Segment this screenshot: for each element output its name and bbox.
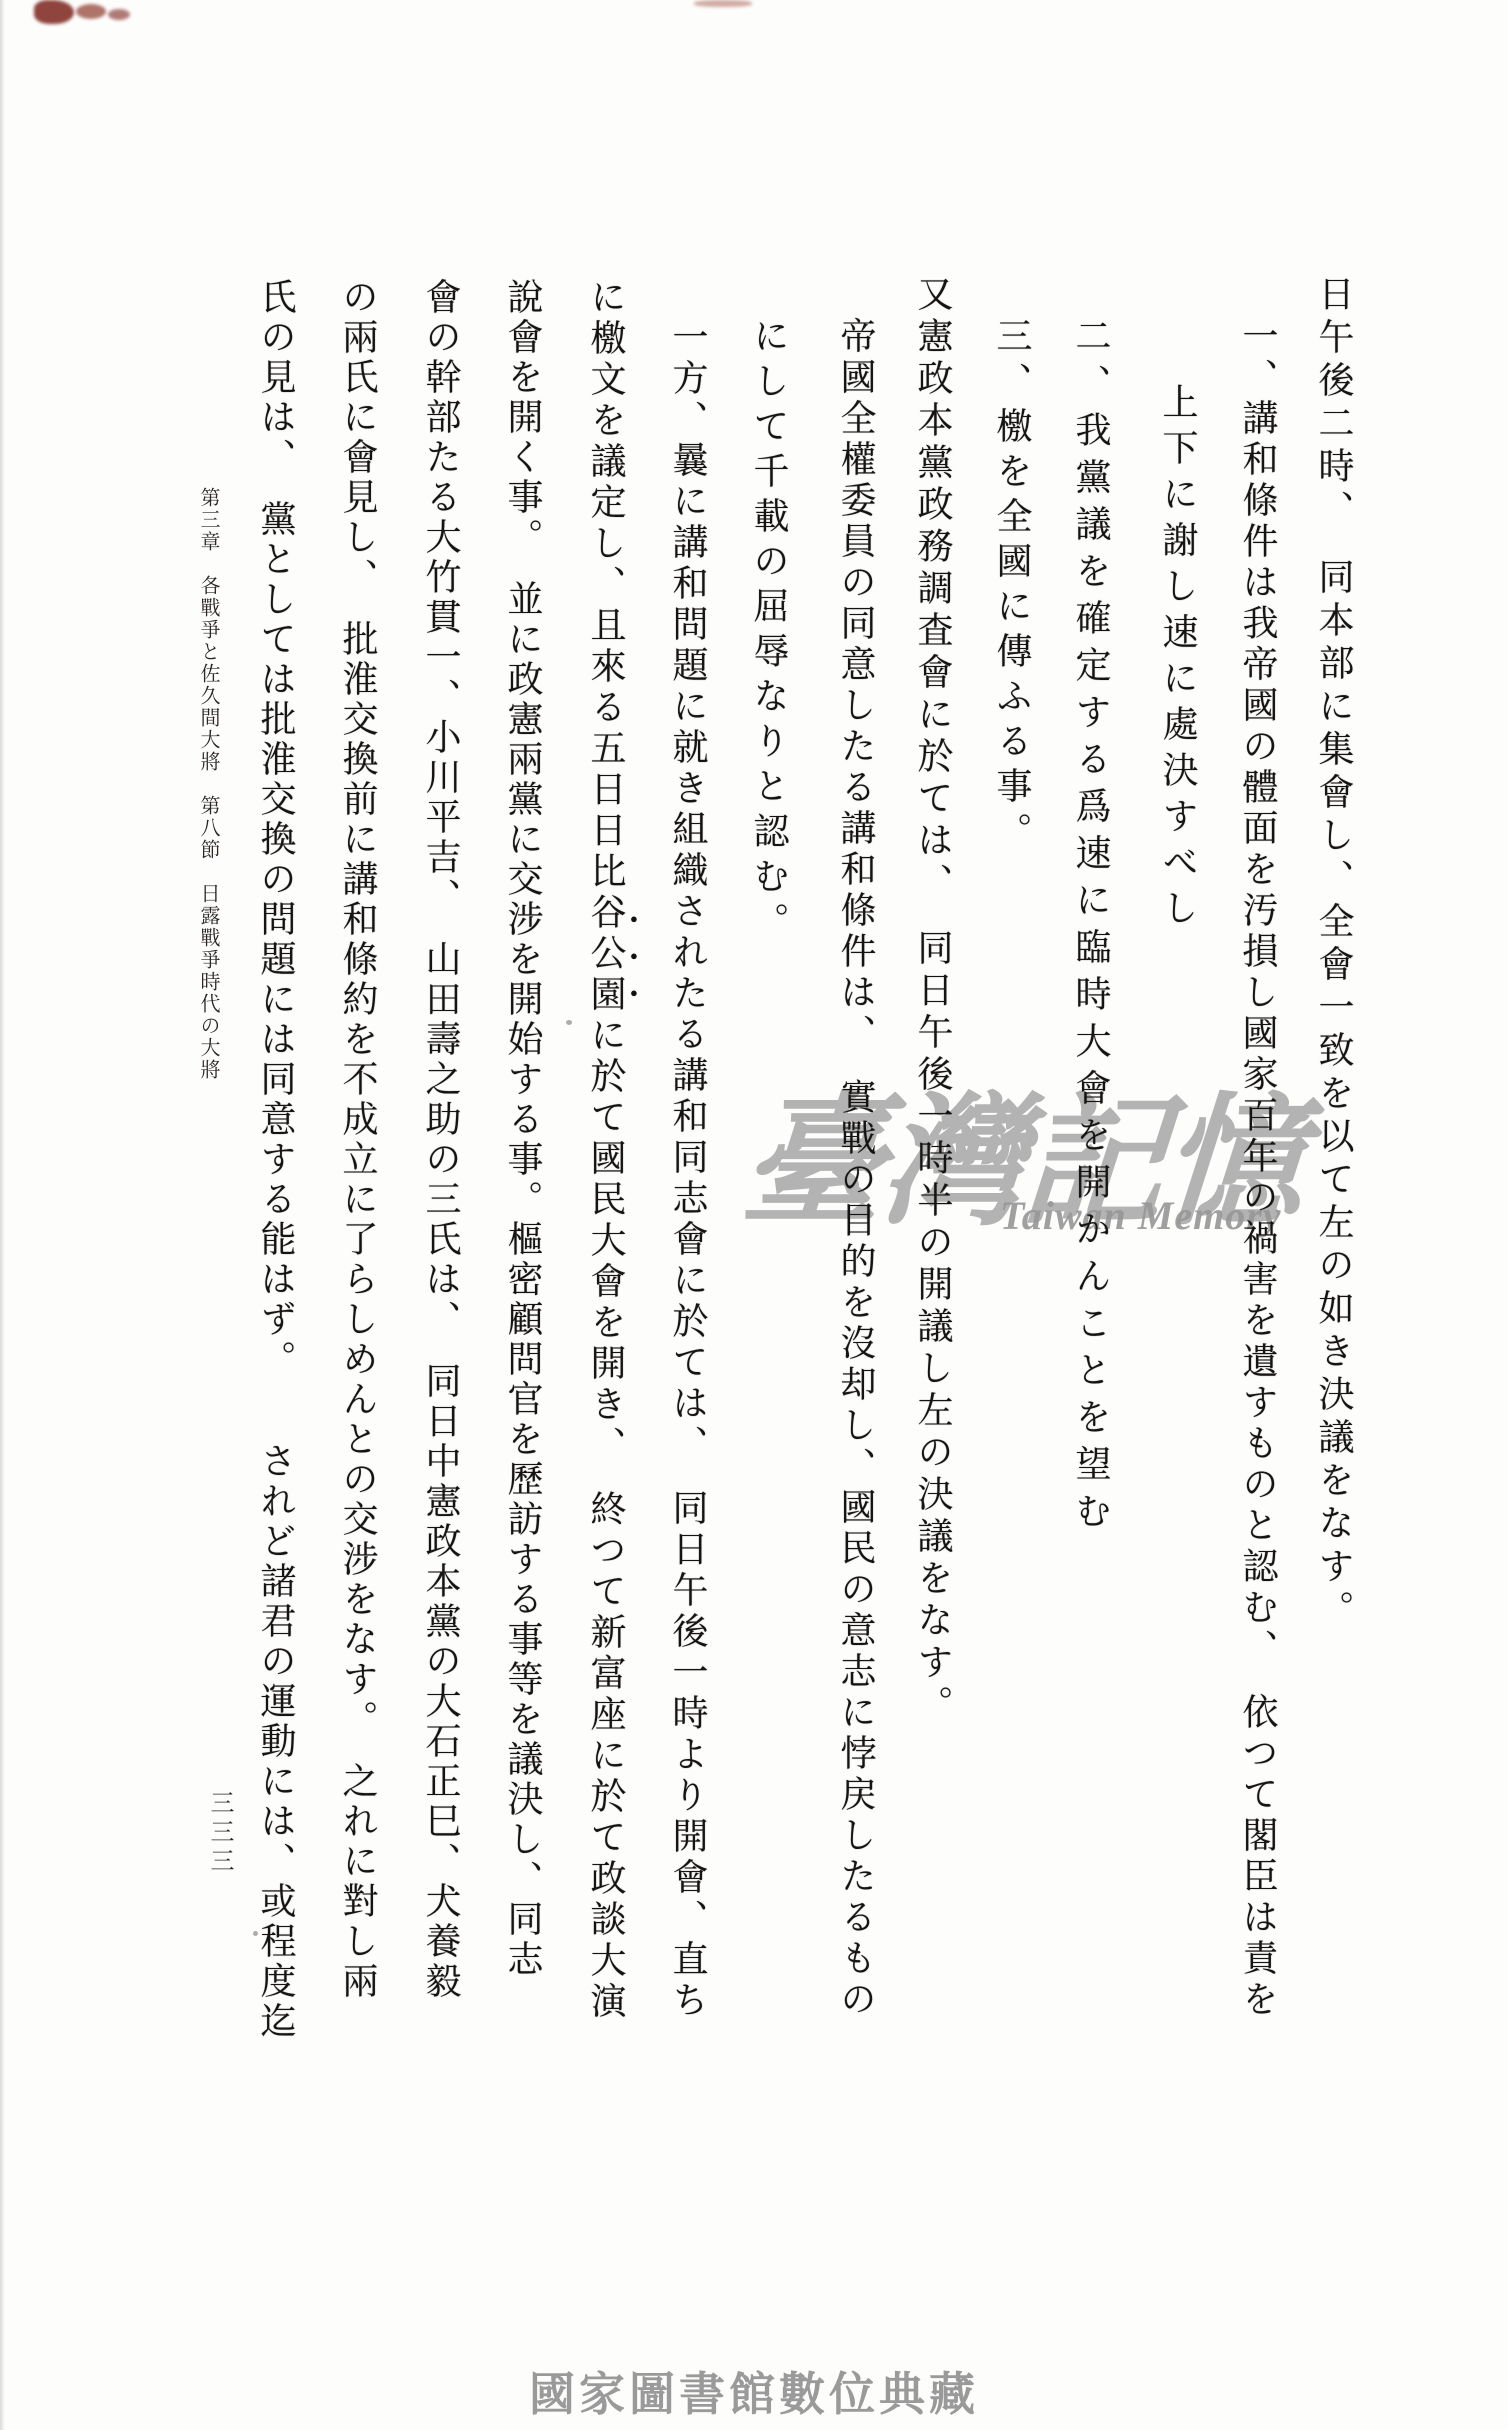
scan-artifact (76, 4, 106, 19)
page-left-edge-shadow (0, 0, 5, 2430)
text-column-8: にして千載の屈辱なりと認む。 (748, 317, 790, 947)
emphasis-dot: ● (630, 949, 638, 962)
running-header: 第三章 各戰爭と佐久間大將 第八節 日露戰爭時代の大將 (196, 487, 220, 1081)
scan-speck (566, 1020, 572, 1025)
emphasis-dot: ● (630, 986, 638, 999)
text-column-1: 日午後二時、 同本部に集會し、全會一致を以て左の如き決議をなす。 (1313, 275, 1355, 1633)
text-column-7: 帝國全權委員の同意したる講和條件は、 實戰の目的を沒却し、國民の意志に悖戻したる… (835, 317, 877, 2021)
text-column-11: 說會を開く事。 並に政憲兩黨に交涉を開始する事。樞密顧問官を歷訪する事等を議決し… (502, 278, 544, 1980)
scan-artifact (34, 0, 74, 24)
emphasis-dot: ● (630, 912, 638, 925)
scan-artifact (694, 0, 752, 7)
text-column-9: 一方、曩に講和問題に就き組織されたる講和同志會に於ては、 同日午後一時より開會、… (667, 318, 709, 2022)
text-column-4: 二、我黨議を確定する爲速に臨時大會を開かんことを望む (1070, 317, 1112, 1539)
text-column-12: 會の幹部たる大竹貫一、小川平吉、 山田壽之助の三氏は、 同日中憲政本黨の大石正巳… (420, 278, 462, 2002)
text-column-13: の兩氏に會見し、 批淮交換前に講和條約を不成立に了らしめんとの交涉をなす。 之れ… (337, 278, 379, 2002)
text-column-2: 一、講和條件は我帝國の體面を汚損し國家百年の禍害を遺すものと認む、 依つて閣臣は… (1237, 317, 1279, 2021)
page-number: 三三三 (205, 1790, 233, 1877)
scan-artifact (108, 9, 130, 20)
text-column-3: 上下に謝し速に處決すべし (1157, 383, 1199, 935)
archive-footer-label: 國家圖書館數位典藏 (529, 2358, 979, 2424)
text-column-5: 三、檄を全國に傳ふる事。 (991, 317, 1033, 857)
text-column-14: 氏の見は、 黨としては批淮交換の問題には同意する能はず。 されど諸君の運動には、… (255, 278, 297, 2042)
text-column-6: 又憲政本黨政務調査會に於ては、 同日午後一時半の開議し左の決議をなす。 (912, 275, 954, 1727)
text-column-10: に檄文を議定し、且來る五日日比谷公園に於て國民大會を開き、 終つて新富座に於て政… (585, 278, 627, 2023)
scanned-book-page: 臺灣記憶 Taiwan Memory 第三章 各戰爭と佐久間大將 第八節 日露戰… (0, 0, 1508, 2430)
